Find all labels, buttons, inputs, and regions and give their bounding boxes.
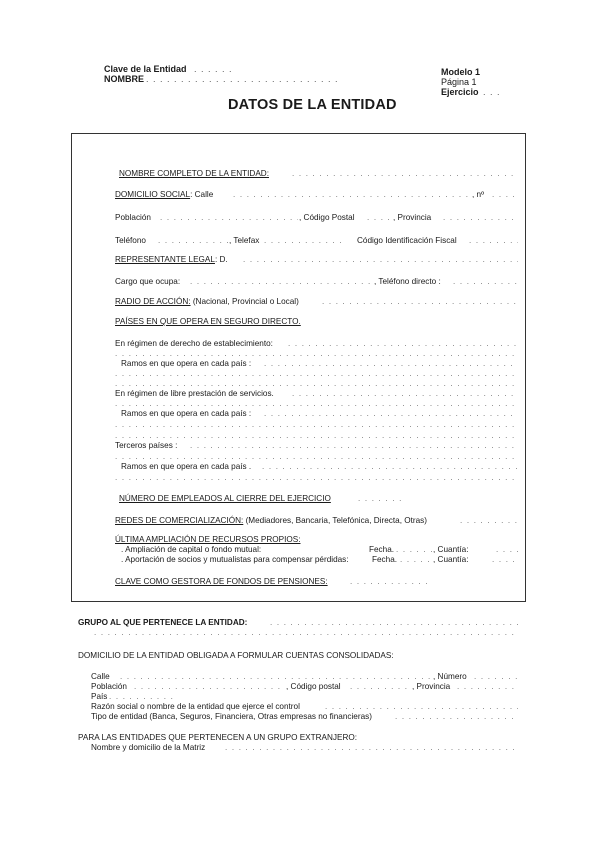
domicilio-consolidadas-label: DOMICILIO DE LA ENTIDAD OBLIGADA A FORMU… — [78, 651, 394, 661]
numero-empleados-field[interactable]: . . . . . . . . . . — [358, 494, 406, 504]
clave-gestora-label: CLAVE COMO GESTORA DE FONDOS DE PENSIONE… — [115, 577, 328, 587]
grupo-calle-label: Calle — [91, 672, 110, 682]
cargo-label: Cargo que ocupa: — [115, 277, 180, 287]
poblacion-field[interactable]: . . . . . . . . . . . . . . . . . . . . … — [160, 213, 298, 223]
libre-prestacion-field-2[interactable]: . . . . . . . . . . . . . . . . . . . . … — [115, 399, 518, 409]
grupo-provincia-field[interactable]: . . . . . . . . . . — [457, 682, 518, 692]
telefax-field[interactable]: . . . . . . . . . . . . . . . . . . . . … — [264, 236, 344, 246]
nombre-completo-field[interactable]: . . . . . . . . . . . . . . . . . . . . … — [292, 169, 518, 179]
nombre-label: NOMBRE — [104, 74, 144, 85]
grupo-poblacion-field[interactable]: . . . . . . . . . . . . . . . . . . . . … — [134, 682, 284, 692]
grupo-provincia-label: , Provincia — [412, 682, 450, 692]
derecho-establecimiento-label: En régimen de derecho de establecimiento… — [115, 339, 273, 349]
ramos-2-field[interactable]: . . . . . . . . . . . . . . . . . . . . … — [264, 409, 518, 419]
terceros-paises-field[interactable]: . . . . . . . . . . . . . . . . . . . . … — [190, 441, 518, 451]
numero-label: , nº — [472, 190, 484, 200]
calle-field[interactable]: . . . . . . . . . . . . . . . . . . . . … — [233, 190, 471, 200]
representante-legal-row: REPRESENTANTE LEGAL: D. — [115, 255, 228, 265]
fecha-2-label: Fecha. — [372, 555, 397, 565]
radio-accion-field[interactable]: . . . . . . . . . . . . . . . . . . . . … — [322, 297, 518, 307]
cuantia-1-label: , Cuantía: — [433, 545, 469, 555]
telefax-label: , Telefax — [229, 236, 259, 246]
razon-social-field[interactable]: . . . . . . . . . . . . . . . . . . . . … — [325, 702, 518, 712]
telefono-directo-field[interactable]: . . . . . . . . . . . . . . . . . . . . … — [453, 277, 518, 287]
matriz-field[interactable]: . . . . . . . . . . . . . . . . . . . . … — [225, 743, 518, 753]
domicilio-social-row: DOMICILIO SOCIAL: Calle — [115, 190, 213, 200]
cif-label: Código Identificación Fiscal — [357, 236, 457, 246]
tipo-entidad-field[interactable]: . . . . . . . . . . . . . . . . . . . . … — [395, 712, 518, 722]
ramos-1-field-2[interactable]: . . . . . . . . . . . . . . . . . . . . … — [115, 369, 518, 379]
paises-seguro-directo-label: PAÍSES EN QUE OPERA EN SEGURO DIRECTO. — [115, 317, 301, 327]
radio-accion-row: RADIO DE ACCIÓN: (Nacional, Provincial o… — [115, 297, 299, 307]
cuantia-2-label: , Cuantía: — [433, 555, 469, 565]
representante-legal-label: REPRESENTANTE LEGAL — [115, 255, 215, 264]
redes-field[interactable]: . . . . . . . . . . . . . . . . . . . . … — [460, 516, 518, 526]
page-title: DATOS DE LA ENTIDAD — [228, 97, 397, 113]
poblacion-label: Población — [115, 213, 151, 223]
cif-field[interactable]: . . . . . . . . . . . . . . . . . . . . … — [469, 236, 518, 246]
redes-label: REDES DE COMERCIALIZACIÓN: — [115, 516, 243, 525]
ramos-3-label: Ramos en que opera en cada país . — [121, 462, 251, 472]
ejercicio-label: Ejercicio — [441, 87, 479, 98]
codigo-postal-field[interactable]: . . . . . . . . . . — [367, 213, 393, 223]
domicilio-social-label: DOMICILIO SOCIAL — [115, 190, 190, 199]
matriz-label: Nombre y domicilio de la Matriz — [91, 743, 205, 753]
libre-prestacion-label: En régimen de libre prestación de servic… — [115, 389, 274, 399]
cuantia-1-field[interactable]: . . . . . . . . . . — [496, 545, 518, 555]
telefono-directo-label: , Teléfono directo : — [374, 277, 441, 287]
fecha-1-label: Fecha. — [369, 545, 394, 555]
grupo-codigo-postal-field[interactable]: . . . . . . . . . . — [350, 682, 412, 692]
ejercicio-field[interactable]: . . . — [483, 87, 501, 98]
ramos-1-field[interactable]: . . . . . . . . . . . . . . . . . . . . … — [264, 359, 518, 369]
cargo-field[interactable]: . . . . . . . . . . . . . . . . . . . . … — [190, 277, 372, 287]
clave-gestora-field[interactable]: . . . . . . . . . . . . . . . . . . . . … — [350, 577, 430, 587]
derecho-establecimiento-field[interactable]: . . . . . . . . . . . . . . . . . . . . … — [288, 339, 518, 349]
fecha-1-field[interactable]: . . . . . . . . . . — [396, 545, 432, 555]
grupo-calle-field[interactable]: . . . . . . . . . . . . . . . . . . . . … — [120, 672, 432, 682]
grupo-pais-label: País — [91, 692, 107, 702]
representante-d-label: : D. — [215, 255, 228, 264]
calle-label: : Calle — [190, 190, 213, 199]
radio-accion-label: RADIO DE ACCIÓN: — [115, 297, 191, 306]
ramos-3-field[interactable]: . . . . . . . . . . . . . . . . . . . . … — [262, 462, 518, 472]
provincia-field[interactable]: . . . . . . . . . . . . . . . . . . . . … — [443, 213, 518, 223]
redes-row: REDES DE COMERCIALIZACIÓN: (Mediadores, … — [115, 516, 427, 526]
grupo-field-2[interactable]: . . . . . . . . . . . . . . . . . . . . … — [94, 628, 518, 638]
provincia-label: , Provincia — [393, 213, 431, 223]
numero-empleados-label: NÚMERO DE EMPLEADOS AL CIERRE DEL EJERCI… — [119, 494, 331, 504]
tipo-entidad-label: Tipo de entidad (Banca, Seguros, Financi… — [91, 712, 372, 722]
grupo-pais-field[interactable]: . . . . . . . . . . — [109, 692, 199, 702]
grupo-poblacion-label: Población — [91, 682, 127, 692]
aportacion-socios-label: . Aportación de socios y mutualistas par… — [121, 555, 349, 565]
terceros-paises-label: Terceros países : — [115, 441, 177, 451]
grupo-extranjero-label: PARA LAS ENTIDADES QUE PERTENECEN A UN G… — [78, 733, 357, 743]
razon-social-label: Razón social o nombre de la entidad que … — [91, 702, 300, 712]
numero-field[interactable]: . . . . . . . . . . — [492, 190, 518, 200]
grupo-field[interactable]: . . . . . . . . . . . . . . . . . . . . … — [270, 618, 518, 628]
grupo-numero-field[interactable]: . . . . . . . . . . — [474, 672, 518, 682]
ramos-3-field-2[interactable]: . . . . . . . . . . . . . . . . . . . . … — [115, 473, 518, 483]
representante-legal-field[interactable]: . . . . . . . . . . . . . . . . . . . . … — [243, 255, 518, 265]
nombre-completo-label: NOMBRE COMPLETO DE LA ENTIDAD: — [119, 169, 269, 179]
ramos-2-field-3[interactable]: . . . . . . . . . . . . . . . . . . . . … — [115, 431, 518, 441]
terceros-paises-field-2[interactable]: . . . . . . . . . . . . . . . . . . . . … — [115, 452, 518, 462]
cuantia-2-field[interactable]: . . . . . . . . . . — [492, 555, 518, 565]
grupo-numero-label: , Número — [433, 672, 467, 682]
derecho-establecimiento-field-2[interactable]: . . . . . . . . . . . . . . . . . . . . … — [115, 349, 518, 359]
nombre-field[interactable]: . . . . . . . . . . . . . . . . . . . . … — [146, 74, 339, 85]
ramos-2-field-2[interactable]: . . . . . . . . . . . . . . . . . . . . … — [115, 420, 518, 430]
ampliacion-capital-label: . Ampliación de capital o fondo mutual: — [121, 545, 261, 555]
telefono-field[interactable]: . . . . . . . . . . . . . . . . . . . . … — [158, 236, 228, 246]
fecha-2-field[interactable]: . . . . . . . . . . — [400, 555, 432, 565]
grupo-codigo-postal-label: , Código postal — [286, 682, 341, 692]
radio-accion-options: (Nacional, Provincial o Local) — [193, 297, 299, 306]
ramos-2-label: Ramos en que opera en cada país : — [121, 409, 251, 419]
redes-options: (Mediadores, Bancaria, Telefónica, Direc… — [246, 516, 427, 525]
telefono-label: Teléfono — [115, 236, 146, 246]
ramos-1-field-3[interactable]: . . . . . . . . . . . . . . . . . . . . … — [115, 379, 518, 389]
libre-prestacion-field[interactable]: . . . . . . . . . . . . . . . . . . . . … — [292, 389, 518, 399]
codigo-postal-label: , Código Postal — [299, 213, 355, 223]
ultima-ampliacion-label: ÚLTIMA AMPLIACIÓN DE RECURSOS PROPIOS: — [115, 535, 300, 545]
ramos-1-label: Ramos en que opera en cada país : — [121, 359, 251, 369]
grupo-label: GRUPO AL QUE PERTENECE LA ENTIDAD: — [78, 618, 247, 628]
